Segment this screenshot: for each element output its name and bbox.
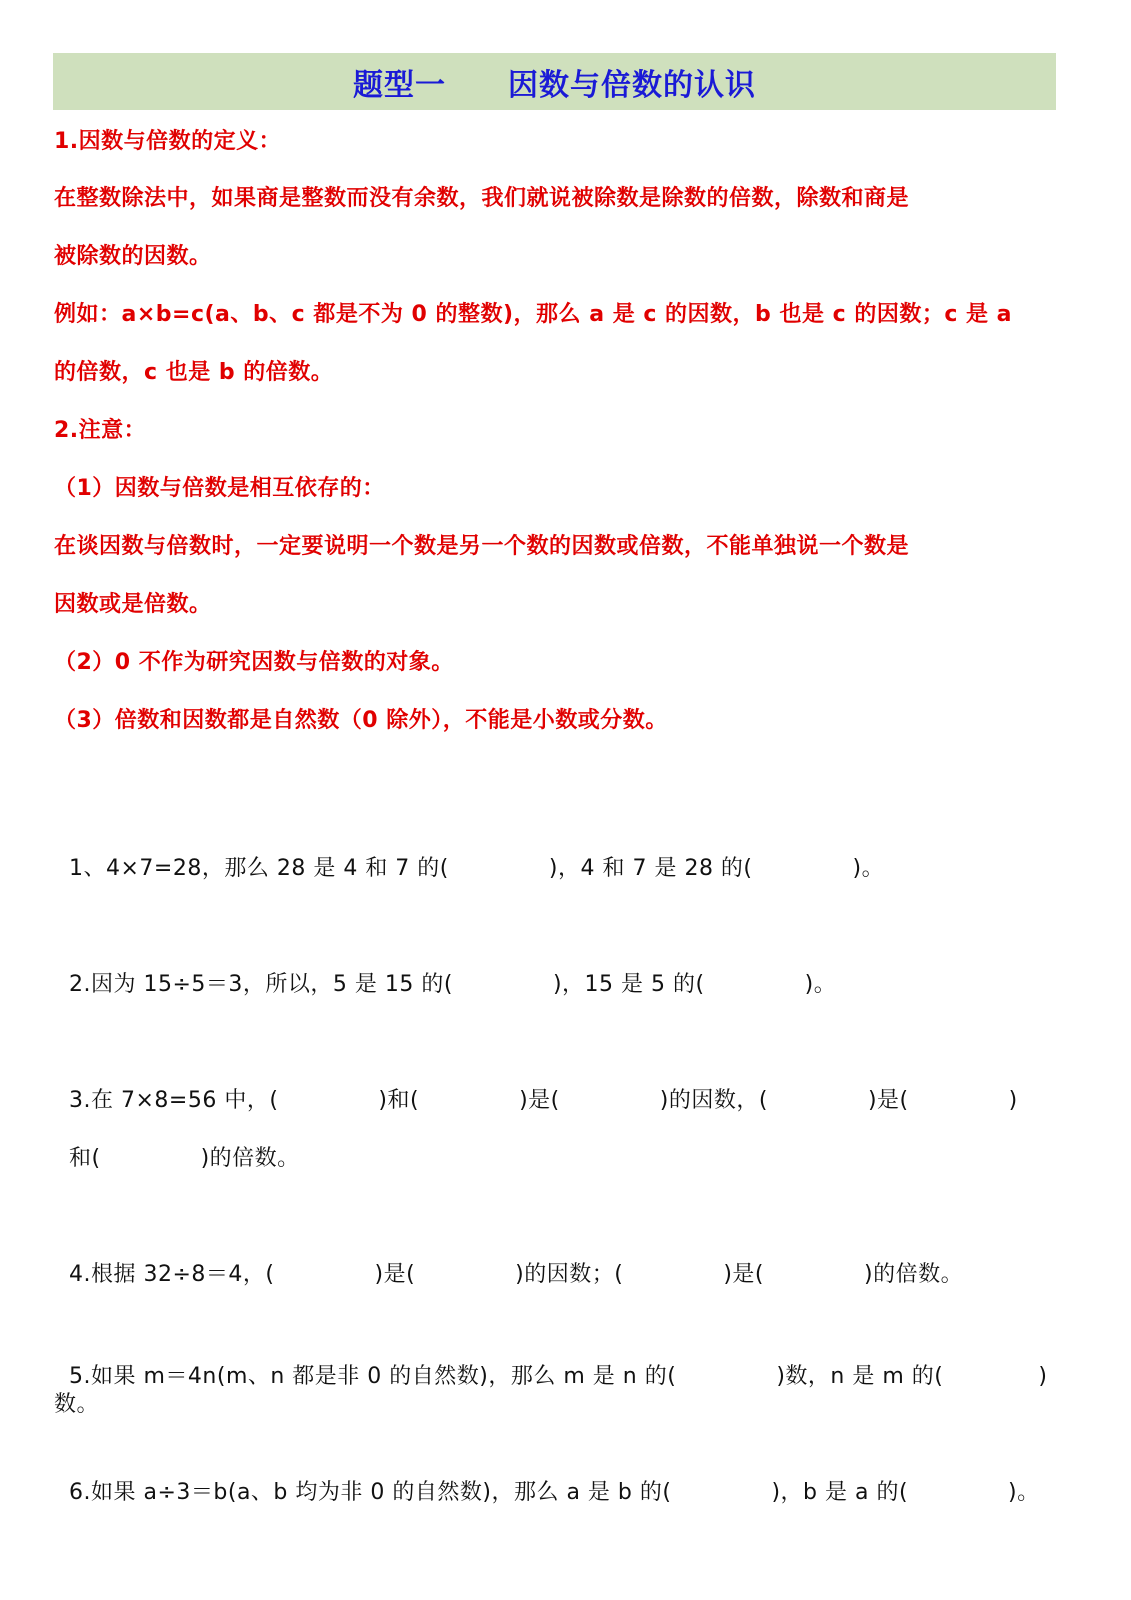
q1-text-2: )，4 和 7 是 28 的(: [549, 856, 753, 881]
question-1: 1、4×7=28，那么 28 是 4 和 7 的()，4 和 7 是 28 的(…: [54, 824, 884, 884]
q3-text-5: )是(: [868, 1088, 909, 1113]
q1-text-1: 1、4×7=28，那么 28 是 4 和 7 的(: [69, 856, 449, 881]
definition-line-2: 被除数的因数。: [54, 242, 212, 272]
question-2: 2.因为 15÷5＝3，所以，5 是 15 的()，15 是 5 的()。: [54, 940, 836, 1000]
notes-heading: 2.注意：: [54, 416, 146, 446]
q2-text-1: 2.因为 15÷5＝3，所以，5 是 15 的(: [69, 972, 453, 997]
q3-text-6: ): [1009, 1088, 1018, 1113]
question-3-line-1: 3.在 7×8=56 中，()和()是()的因数，()是(): [54, 1056, 1018, 1116]
definition-line-1: 在整数除法中，如果商是整数而没有余数，我们就说被除数是除数的倍数，除数和商是: [54, 184, 909, 214]
note-2: （2）0 不作为研究因数与倍数的对象。: [54, 648, 454, 678]
q6-text-1: 6.如果 a÷3＝b(a、b 均为非 0 的自然数)，那么 a 是 b 的(: [69, 1480, 671, 1505]
q2-text-3: )。: [805, 972, 837, 997]
question-5-line-1: 5.如果 m＝4n(m、n 都是非 0 的自然数)，那么 m 是 n 的()数，…: [54, 1332, 1047, 1392]
q4-text-5: )的倍数。: [864, 1262, 963, 1287]
q3-text-3: )是(: [519, 1088, 560, 1113]
note-3: （3）倍数和因数都是自然数（0 除外），不能是小数或分数。: [54, 706, 668, 736]
section-title-bar: 题型一 因数与倍数的认识: [53, 53, 1056, 110]
question-6: 6.如果 a÷3＝b(a、b 均为非 0 的自然数)，那么 a 是 b 的()，…: [54, 1448, 1040, 1508]
q5-text-2: )数，n 是 m 的(: [776, 1364, 943, 1389]
q5-text-3: ): [1038, 1364, 1047, 1389]
question-4: 4.根据 32÷8＝4，()是()的因数；()是()的倍数。: [54, 1230, 963, 1290]
note-1-line-1: 在谈因数与倍数时，一定要说明一个数是另一个数的因数或倍数，不能单独说一个数是: [54, 532, 909, 562]
example-line-1: 例如：a×b=c(a、b、c 都是不为 0 的整数)，那么 a 是 c 的因数，…: [54, 300, 1012, 330]
q1-text-3: )。: [853, 856, 885, 881]
q3-line2-text-1: 和(: [69, 1146, 101, 1171]
q6-text-3: )。: [1008, 1480, 1040, 1505]
q5-text-1: 5.如果 m＝4n(m、n 都是非 0 的自然数)，那么 m 是 n 的(: [69, 1364, 676, 1389]
q4-text-3: )的因数；(: [515, 1262, 623, 1287]
definition-heading: 1.因数与倍数的定义：: [54, 127, 281, 157]
question-5-line-2: 数。: [54, 1390, 99, 1420]
example-line-2: 的倍数，c 也是 b 的倍数。: [54, 358, 333, 388]
q4-text-4: )是(: [723, 1262, 764, 1287]
note-1-heading: （1）因数与倍数是相互依存的：: [54, 474, 385, 504]
q3-line2-text-2: )的倍数。: [201, 1146, 300, 1171]
note-1-line-2: 因数或是倍数。: [54, 590, 212, 620]
section-title: 题型一 因数与倍数的认识: [353, 60, 756, 104]
q6-text-2: )，b 是 a 的(: [771, 1480, 908, 1505]
q4-text-1: 4.根据 32÷8＝4，(: [69, 1262, 275, 1287]
question-3-line-2: 和()的倍数。: [54, 1114, 300, 1174]
q4-text-2: )是(: [375, 1262, 416, 1287]
q3-text-2: )和(: [378, 1088, 419, 1113]
q3-text-1: 3.在 7×8=56 中，(: [69, 1088, 278, 1113]
q2-text-2: )，15 是 5 的(: [553, 972, 705, 997]
q3-text-4: )的因数，(: [660, 1088, 768, 1113]
